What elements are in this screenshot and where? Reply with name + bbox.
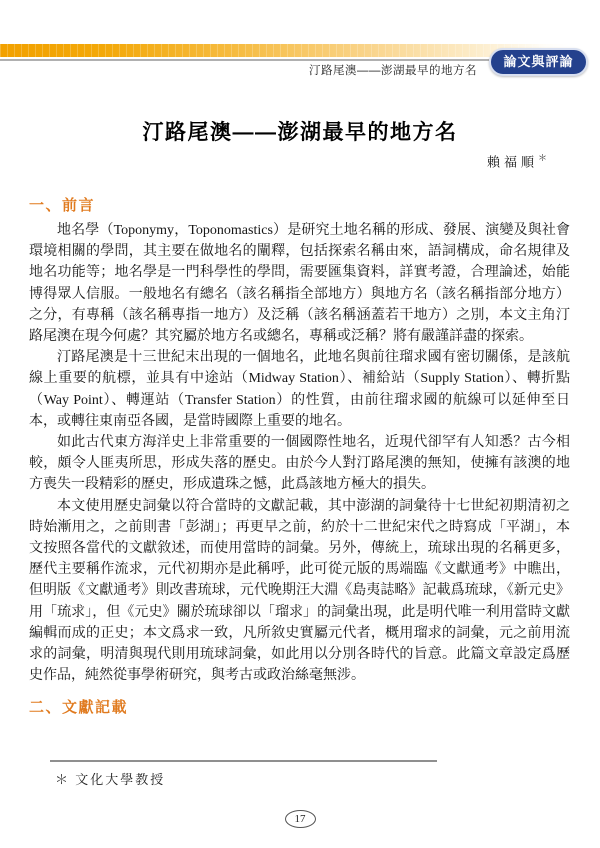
category-badge: 論文與評論: [489, 48, 588, 76]
article-body: 一、前言 地名學（Toponymy，Toponomastics）是研究土地名稱的…: [29, 194, 570, 717]
page-number: 17: [285, 810, 316, 828]
author-name-text: 賴福順: [487, 154, 538, 169]
running-head: 汀路尾澳——澎湖最早的地方名: [309, 62, 477, 78]
paragraph: 本文使用歷史詞彙以符合當時的文獻記載，其中澎湖的詞彙待十七世紀初期清初之時始漸用…: [29, 496, 570, 687]
paragraph: 汀路尾澳是十三世紀末出現的一個地名，此地名與前往瑠求國有密切關係，是該航線上重要…: [29, 347, 570, 432]
article-title: 汀路尾澳——澎湖最早的地方名: [0, 116, 600, 146]
footnote-rule: [50, 760, 437, 762]
section-heading-literature: 二、文獻記載: [29, 696, 570, 717]
footnote: ＊ 文化大學教授: [55, 769, 165, 788]
page-number-area: 17: [0, 809, 600, 828]
author-name: 賴福順＊: [487, 151, 547, 170]
paragraph: 地名學（Toponymy，Toponomastics）是研究土地名稱的形成、發展…: [29, 220, 570, 347]
header-gradient-bar: [0, 44, 568, 57]
paragraph: 如此古代東方海洋史上非常重要的一個國際性地名，近現代卻罕有人知悉？古今相較，頗令…: [29, 432, 570, 496]
author-footnote-mark: ＊: [538, 153, 547, 163]
section-heading-foreword: 一、前言: [29, 194, 570, 215]
footnote-text: 文化大學教授: [75, 772, 165, 787]
header-rule: [0, 59, 489, 61]
footnote-mark: ＊: [55, 772, 70, 787]
